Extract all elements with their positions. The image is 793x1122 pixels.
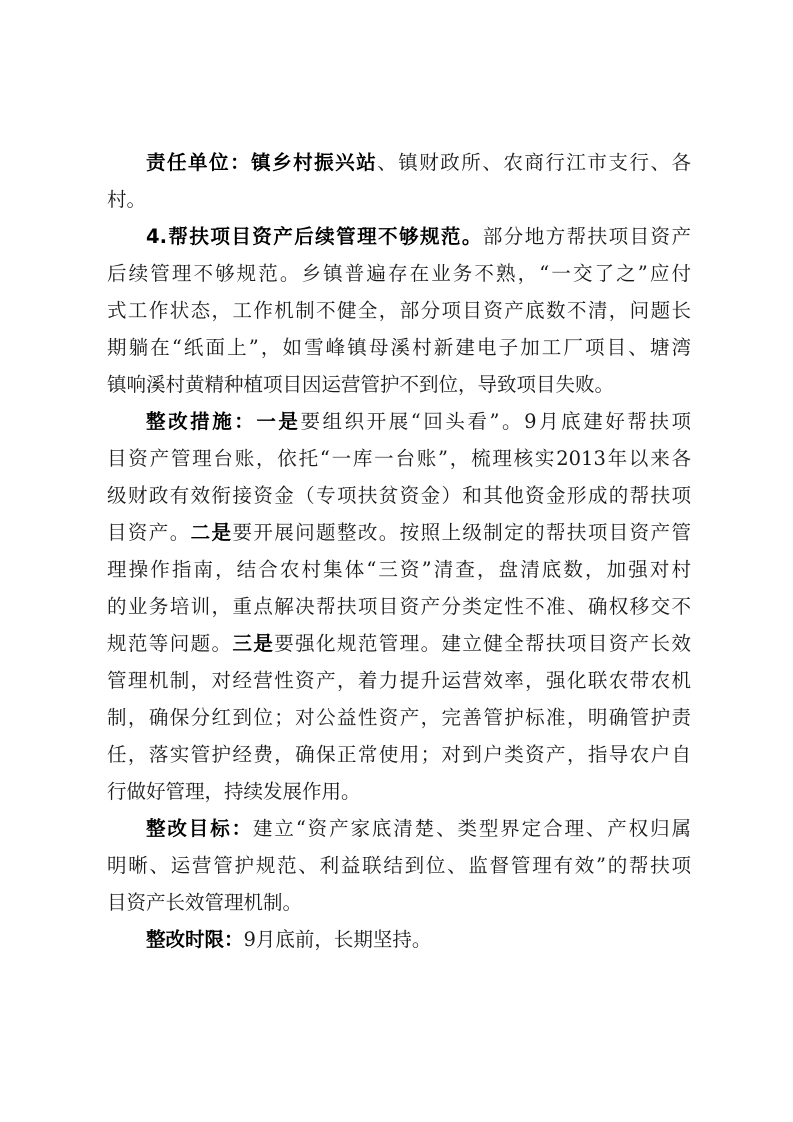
text-line: 期躺在“纸面上”，如雪峰镇母溪村新建电子加工厂项目、塘湾 <box>107 329 691 366</box>
body-text: 后续管理不够规范。乡镇普遍存在业务不熟，“一交了之”应付 <box>107 262 691 285</box>
text-line: 级财政有效衔接资金（专项扶贫资金）和其他资金形成的帮扶项 <box>107 477 691 514</box>
body-text: 的业务培训，重点解决帮扶项目资产分类定性不准、确权移交不 <box>107 595 691 618</box>
body-text: 式工作状态，工作机制不健全，部分项目资产底数不清，问题长 <box>107 299 691 322</box>
body-text: 要开展问题整改。按照上级制定的帮扶项目资产管 <box>232 521 691 544</box>
text-line: 村。 <box>107 181 691 218</box>
body-text: 9月底前，长期坚持。 <box>244 928 432 951</box>
bold-heading-text: 4.帮扶项目资产后续管理不够规范。 <box>146 225 483 248</box>
text-line: 后续管理不够规范。乡镇普遍存在业务不熟，“一交了之”应付 <box>107 255 691 292</box>
text-line: 明晰、运营管护规范、利益联结到位、监督管理有效”的帮扶项 <box>107 847 691 884</box>
body-text: 部分地方帮扶项目资产 <box>483 225 691 248</box>
body-text: 任，落实管护经费，确保正常使用；对到户类资产，指导农户自 <box>107 743 691 766</box>
bold-heading-text: 整改目标： <box>146 817 253 840</box>
text-line: 理操作指南，结合农村集体“三资”清查，盘清底数，加强对村 <box>107 551 691 588</box>
text-line: 目资产。二是要开展问题整改。按照上级制定的帮扶项目资产管 <box>107 514 691 551</box>
body-text: 级财政有效衔接资金（专项扶贫资金）和其他资金形成的帮扶项 <box>107 484 691 507</box>
text-line: 目资产管理台账，依托“一库一台账”，梳理核实2013年以来各 <box>107 440 691 477</box>
text-line: 目资产长效管理机制。 <box>107 884 691 921</box>
body-text: 明晰、运营管护规范、利益联结到位、监督管理有效”的帮扶项 <box>107 854 691 877</box>
text-line: 镇响溪村黄精种植项目因运营管护不到位，导致项目失败。 <box>107 366 691 403</box>
text-line: 式工作状态，工作机制不健全，部分项目资产底数不清，问题长 <box>107 292 691 329</box>
text-line: 管理机制，对经营性资产，着力提升运营效率，强化联农带农机 <box>107 662 691 699</box>
text-line: 4.帮扶项目资产后续管理不够规范。部分地方帮扶项目资产 <box>146 218 691 255</box>
document-page: 责任单位：镇乡村振兴站、镇财政所、农商行江市支行、各村。4.帮扶项目资产后续管理… <box>0 0 793 1122</box>
body-text: 理操作指南，结合农村集体“三资”清查，盘清底数，加强对村 <box>107 558 691 581</box>
bold-heading-text: 二是 <box>191 521 233 544</box>
body-text: 、镇财政所、农商行江市支行、各 <box>377 151 691 174</box>
text-line: 的业务培训，重点解决帮扶项目资产分类定性不准、确权移交不 <box>107 588 691 625</box>
text-line: 责任单位：镇乡村振兴站、镇财政所、农商行江市支行、各 <box>146 144 691 181</box>
bold-heading-text: 整改时限： <box>146 928 244 951</box>
text-line: 整改措施：一是要组织开展“回头看”。9月底建好帮扶项 <box>146 403 691 440</box>
body-text: 制，确保分红到位；对公益性资产，完善管护标准，明确管护责 <box>107 706 691 729</box>
body-text: 期躺在“纸面上”，如雪峰镇母溪村新建电子加工厂项目、塘湾 <box>107 336 691 359</box>
body-text: 镇响溪村黄精种植项目因运营管护不到位，导致项目失败。 <box>107 373 614 396</box>
body-text: 目资产管理台账，依托“一库一台账”，梳理核实2013年以来各 <box>107 447 691 470</box>
text-line: 任，落实管护经费，确保正常使用；对到户类资产，指导农户自 <box>107 736 691 773</box>
bold-heading-text: 整改措施：一是 <box>146 410 300 433</box>
text-line: 规范等问题。三是要强化规范管理。建立健全帮扶项目资产长效 <box>107 625 691 662</box>
text-line: 行做好管理，持续发展作用。 <box>107 773 691 810</box>
body-text: 村。 <box>107 188 146 211</box>
text-line: 整改目标：建立“资产家底清楚、类型界定合理、产权归属 <box>146 810 691 847</box>
bold-heading-text: 三是 <box>232 632 274 655</box>
body-text: 规范等问题。 <box>107 632 232 655</box>
body-text: 建立“资产家底清楚、类型界定合理、产权归属 <box>253 817 691 840</box>
body-text: 要组织开展“回头看”。9月底建好帮扶项 <box>300 410 691 433</box>
body-text: 目资产。 <box>107 521 191 544</box>
text-line: 制，确保分红到位；对公益性资产，完善管护标准，明确管护责 <box>107 699 691 736</box>
body-text: 行做好管理，持续发展作用。 <box>107 780 361 803</box>
body-text: 目资产长效管理机制。 <box>107 891 302 914</box>
body-text: 要强化规范管理。建立健全帮扶项目资产长效 <box>274 632 691 655</box>
text-line: 整改时限：9月底前，长期坚持。 <box>146 921 691 958</box>
body-text: 管理机制，对经营性资产，着力提升运营效率，强化联农带农机 <box>107 669 691 692</box>
bold-heading-text: 责任单位：镇乡村振兴站 <box>146 151 377 174</box>
